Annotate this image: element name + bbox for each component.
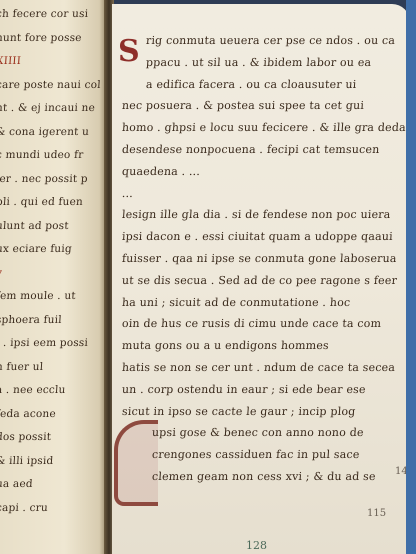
right-page-text-line: homo . ghpsi e locu suu fecicere . & ill… <box>122 121 407 134</box>
left-page-text-line: & illi ipsid <box>0 455 54 467</box>
left-page-text-line: a . nee ecclu <box>0 384 66 396</box>
right-page-text-line: hatis se non se cer unt . ndum de cace t… <box>122 361 396 374</box>
left-page-text-line: jer . nec possit p <box>0 173 88 185</box>
left-page-text-line: nt . & ej incaui ne <box>0 102 95 114</box>
right-page-text-line: ... <box>122 187 134 200</box>
left-page-text-line: ulunt ad post <box>0 220 69 232</box>
right-page-text-line: desendese nonpocuena . fecipi cat temsuc… <box>122 143 380 156</box>
right-page-text-line: rig conmuta ueuera cer pse ce ndos . ou … <box>146 34 396 47</box>
left-page-text-line: capi . cru <box>0 502 48 514</box>
right-page-text-line: lesign ille gla dia . si de fendese non … <box>122 208 391 221</box>
right-page-text-line: ipsi dacon e . essi ciuitat quam a udopp… <box>122 230 394 243</box>
right-page-text-line: muta gons ou a u endigons hommes <box>122 339 330 352</box>
right-page-text-line: a edifica facera . ou ca cloausuter ui <box>146 78 357 91</box>
right-page-text-line: oin de hus ce rusis di cimu unde cace ta… <box>122 317 382 330</box>
right-page-text-line: crengones cassiduen fac in pul sace <box>152 448 360 461</box>
left-manuscript-page: ch fecere cor usinunt fore posseXIIIIcar… <box>0 0 108 554</box>
left-page-text-line: care poste naui col <box>0 79 101 91</box>
left-page-text-line: XIIII <box>0 55 21 67</box>
right-page-text-line: ut se dis secua . Sed ad de co pee ragon… <box>122 274 398 287</box>
left-page-text-line: dos possit <box>0 431 52 443</box>
right-page-text-line: quaedena . ... <box>122 165 201 178</box>
left-page-text-line: v <box>0 267 3 279</box>
right-page-text-line: clemen geam non cess xvi ; & du ad se <box>152 470 377 483</box>
right-page-text-line: ha uni ; sicuit ad de conmutatione . hoc <box>122 296 351 309</box>
right-page-text-line: sicut in ipso se cacte le gaur ; incip p… <box>122 405 356 418</box>
left-page-text-line: & cona igerent u <box>0 126 89 138</box>
left-page-text-line: ux eciare fuig <box>0 243 72 255</box>
folio-number-lower: 115 <box>367 508 386 519</box>
blue-edge <box>406 0 416 554</box>
left-page-text-line: n fuer ul <box>0 361 44 373</box>
decorated-initial-s-top: S <box>118 34 140 69</box>
right-page-text-line: nec posuera . & postea sui spee ta cet g… <box>122 99 365 112</box>
right-page-text-line: ppacu . ut sil ua . & ibidem labor ou ea <box>146 56 372 69</box>
left-page-text-line: ch fecere cor usi <box>0 8 89 20</box>
right-page-text-line: upsi gose & benec con anno nono de <box>152 426 365 439</box>
left-page-text-line: l . ipsi eem possi <box>0 337 88 349</box>
left-page-text-line: feda acone <box>0 408 56 420</box>
bottom-number: 128 <box>246 539 267 552</box>
right-page-text-line: fuisser . qaa ni ipse se conmuta gone la… <box>122 252 398 265</box>
right-manuscript-page: S 145 115 128 rig conmuta ueuera cer pse… <box>112 4 410 554</box>
left-page-text-line: c mundi udeo fr <box>0 149 84 161</box>
left-page-text-line: nunt fore posse <box>0 32 82 44</box>
left-page-text-line: sphoera fuil <box>0 314 62 326</box>
right-page-text-line: un . corp ostendu in eaur ; si ede bear … <box>122 383 367 396</box>
left-page-text-line: pli . qui ed fuen <box>0 196 83 208</box>
left-page-text-line: ua aed <box>0 478 33 490</box>
left-page-text-line: fem moule . ut <box>0 290 76 302</box>
